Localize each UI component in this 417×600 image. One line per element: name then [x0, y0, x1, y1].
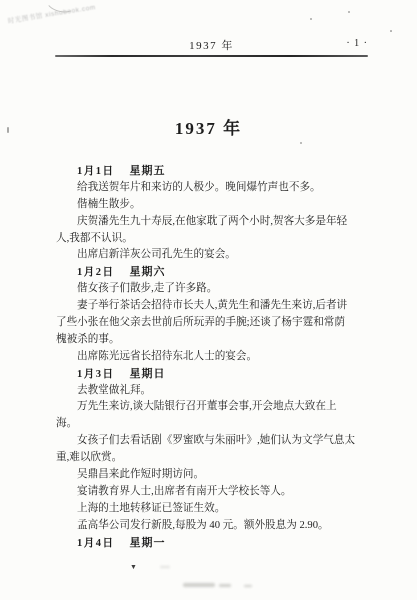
diary-text-line: 妻子举行茶话会招待市长夫人,黄先生和潘先生来访,后者讲 [56, 298, 368, 315]
diary-date-heading: 1月1日星期五 [56, 163, 368, 180]
diary-date-heading: 1月3日星期日 [56, 366, 368, 383]
diary-text-line: 了些小张在他父亲去世前后所玩弄的手腕;还谈了杨宇霆和常荫 [56, 315, 368, 332]
diary-text-line: 槐被杀的事。 [56, 332, 368, 349]
weekday-label: 星期五 [130, 165, 166, 177]
diary-text-line: 万先生来访,谈大陆银行召开董事会事,开会地点大致在上 [56, 399, 368, 416]
running-header: 1937 年 · 1 · [55, 37, 368, 52]
scan-smudge [219, 584, 231, 587]
diary-text-line: 偕女孩子们散步,走了许多路。 [56, 281, 368, 298]
scan-speck [310, 18, 312, 20]
scan-smudge [183, 583, 215, 587]
scanned-book-page: 时光图书馆 xishubook.com 1937 年 · 1 · 1937 年 … [0, 0, 417, 600]
scan-smudge [244, 585, 252, 587]
ink-blot-mark: ▼ [130, 563, 137, 571]
diary-text-line: 孟高华公司发行新股,每股为 40 元。额外股息为 2.90。 [56, 518, 368, 535]
weekday-label: 星期一 [130, 537, 166, 549]
weekday-label: 星期六 [130, 266, 166, 278]
running-title: 1937 年 [55, 37, 368, 53]
date-label: 1月4日 [77, 538, 115, 549]
diary-text-line: 海。 [56, 416, 368, 433]
weekday-label: 星期日 [130, 368, 166, 380]
diary-text-line: 重,难以欣赏。 [56, 450, 368, 467]
diary-text-line: 给我送贺年片和来访的人极少。晚间爆竹声也不多。 [56, 180, 368, 197]
diary-text-line: 出席启新洋灰公司孔先生的宴会。 [56, 247, 368, 264]
date-label: 1月2日 [77, 267, 115, 278]
diary-text-line: 出席陈光远省长招待东北人士的宴会。 [56, 349, 368, 366]
scan-speck [390, 30, 392, 32]
diary-body: 1月1日星期五给我送贺年片和来访的人极少。晚间爆竹声也不多。偕楠生散步。庆贺潘先… [56, 163, 368, 551]
diary-text-line: 去教堂做礼拜。 [56, 383, 368, 400]
diary-text-line: 吴鼎昌来此作短时期访问。 [56, 467, 368, 484]
diary-date-heading: 1月4日星期一 [56, 535, 368, 552]
scan-smudge [160, 566, 170, 568]
diary-text-line: 庆贺潘先生九十寿辰,在他家耽了两个小时,贺客大多是年轻 [56, 214, 368, 231]
page-number: · 1 · [346, 38, 368, 49]
date-label: 1月1日 [77, 166, 115, 177]
chapter-title: 1937 年 [0, 114, 417, 139]
diary-text-line: 宴请教育界人士,出席者有南开大学校长等人。 [56, 484, 368, 501]
scan-speck [300, 142, 302, 144]
diary-date-heading: 1月2日星期六 [56, 264, 368, 281]
diary-text-line: 人,我都不认识。 [56, 231, 368, 248]
header-rule [55, 55, 368, 57]
scan-speck [348, 11, 350, 13]
date-label: 1月3日 [77, 369, 115, 380]
diary-text-line: 上海的土地转移证已签证生效。 [56, 501, 368, 518]
diary-text-line: 女孩子们去看话剧《罗蜜欧与朱丽叶》,她们认为文学气息太 [56, 433, 368, 450]
diary-text-line: 偕楠生散步。 [56, 197, 368, 214]
